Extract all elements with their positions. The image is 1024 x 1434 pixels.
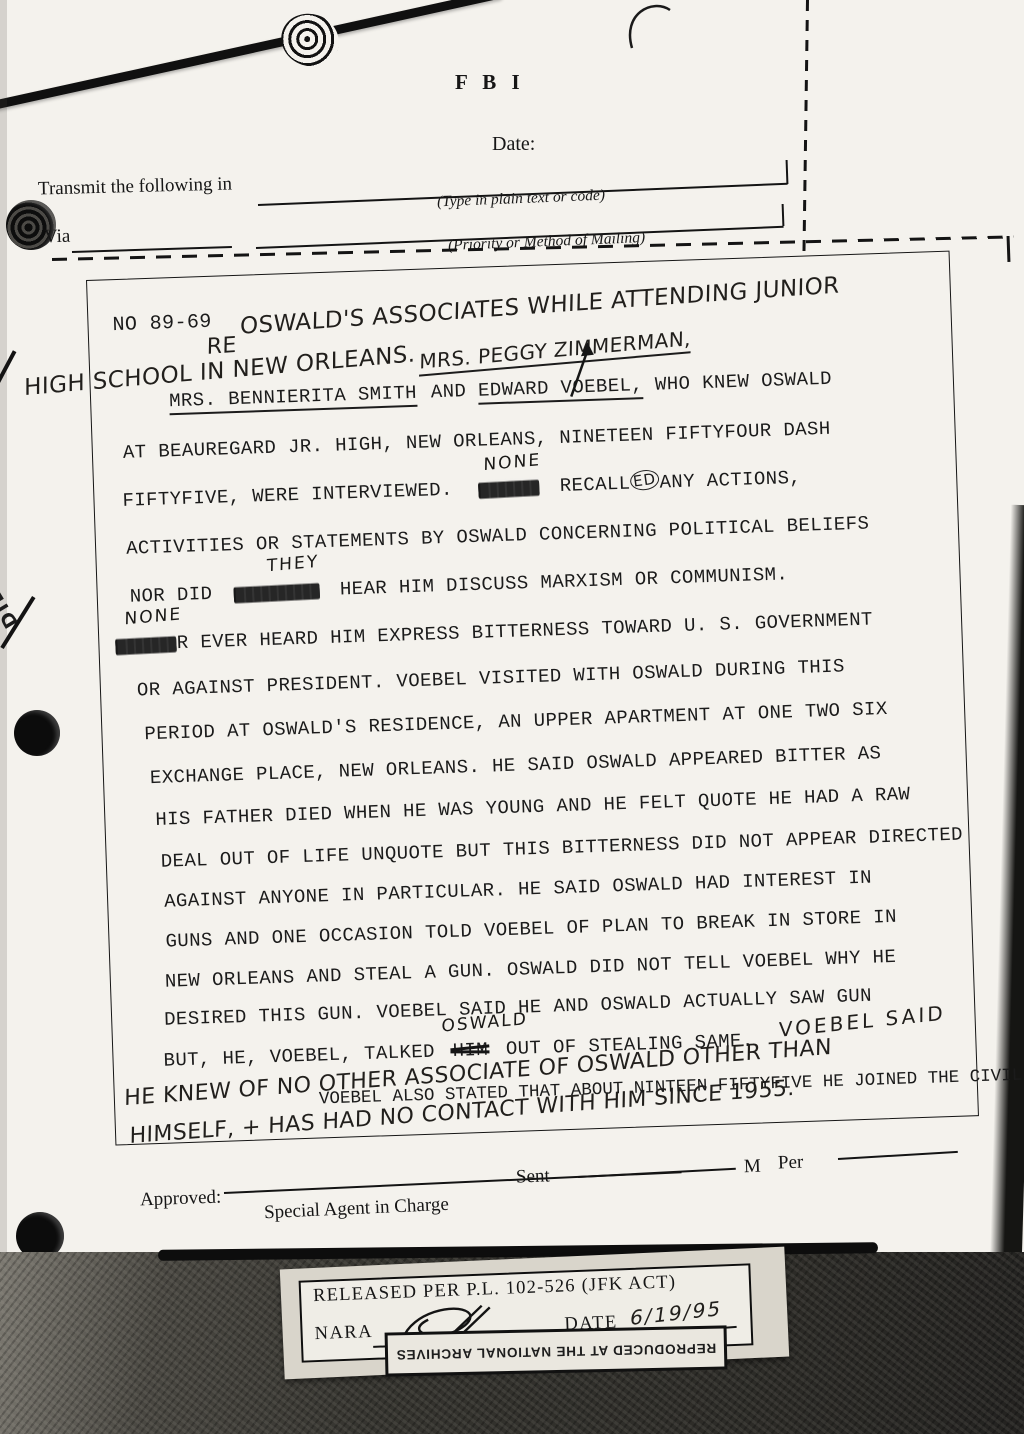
form-agency-title: F B I xyxy=(455,70,525,95)
handwritten-title-line1: OSWALD'S ASSOCIATES WHILE ATTENDING JUNI… xyxy=(240,272,840,339)
case-number: NO 89-69 xyxy=(112,311,212,337)
per-rule xyxy=(838,1151,958,1160)
line-guns: GUNS AND ONE OCCASION TOLD VOEBEL OF PLA… xyxy=(165,906,897,953)
line-president: OR AGAINST PRESIDENT. VOEBEL VISITED WIT… xyxy=(137,655,845,701)
line-everheard: NONE ███████ R EVER HEARD HIM EXPRESS BI… xyxy=(115,608,873,656)
him-strike-annotation: OSWALD HIM xyxy=(452,1039,488,1062)
via-rule-tick xyxy=(782,204,785,226)
blacked-out-word-2: ██████████ xyxy=(234,583,321,602)
line-activities: ACTIVITIES OR STATEMENTS BY OSWALD CONCE… xyxy=(126,512,870,559)
insert-arrow-icon xyxy=(565,342,597,399)
nordid-pre: NOR DID xyxy=(129,583,212,608)
form-priority-hint: (Priority or Method of Mailing) xyxy=(448,229,646,255)
blackout-annotation-3: NONE ███████ xyxy=(115,632,177,656)
and-joiner: AND xyxy=(430,380,466,403)
line-father: HIS FATHER DIED WHEN HE WAS YOUNG AND HE… xyxy=(155,783,911,831)
transmit-rule-tick xyxy=(786,160,789,184)
blacked-word-tail: R xyxy=(176,632,189,654)
form-type-hint: (Type in plain text or code) xyxy=(437,187,606,212)
line-beauregard: AT BEAUREGARD JR. HIGH, NEW ORLEANS, NIN… xyxy=(123,418,831,464)
line-interviewed: FIFTYFIVE, WERE INTERVIEWED. NONE ██████… xyxy=(122,467,801,512)
everheard-text: EVER HEARD HIM EXPRESS BITTERNESS TOWARD… xyxy=(200,608,873,653)
line-exchange: EXCHANGE PLACE, NEW ORLEANS. HE SAID OSW… xyxy=(150,742,882,789)
voebel-name-underlined: EDWARD VOEBEL, xyxy=(478,374,644,405)
handwritten-none-2: NONE xyxy=(124,604,182,629)
blackout-annotation-1: NONE ███████ xyxy=(478,476,540,500)
nara-label: NARA xyxy=(314,1322,373,1345)
sent-rule xyxy=(578,1168,736,1178)
approved-label: Approved: xyxy=(140,1187,222,1212)
agent-in-charge-title: Special Agent in Charge xyxy=(264,1194,450,1224)
sent-label: Sent xyxy=(516,1165,551,1188)
handwritten-they: THEY xyxy=(267,552,320,577)
line-nordid: NOR DID THEY ██████████ HEAR HIM DISCUSS… xyxy=(129,563,788,607)
line-period: PERIOD AT OSWALD'S RESIDENCE, AN UPPER A… xyxy=(144,698,888,745)
form-date-label: Date: xyxy=(492,133,535,156)
recall-typed: RECALL xyxy=(559,473,631,497)
form-via-label: Via xyxy=(44,226,71,249)
handwritten-none-1: NONE xyxy=(483,450,541,475)
smith-name-underlined: MRS. BENNIERITA SMITH xyxy=(169,382,418,415)
ink-swirl-smudge-artifact xyxy=(274,6,345,73)
dashed-divider-right-tick xyxy=(1007,236,1010,262)
reproduced-stamp-text: REPRODUCED AT THE NATIONAL ARCHIVES xyxy=(396,1340,717,1362)
dashed-vertical-divider xyxy=(802,0,808,252)
per-label: Per xyxy=(778,1152,804,1175)
scan-diagonal-line-artifact xyxy=(0,0,503,115)
recall-post: ANY ACTIONS, xyxy=(659,467,801,494)
blacked-out-word-3: ███████ xyxy=(115,637,177,655)
who-knew-text: WHO KNEW OSWALD xyxy=(655,368,833,396)
pen-curve-mark-artifact xyxy=(618,0,688,50)
stamp-date-value: 6/19/95 xyxy=(628,1296,724,1330)
line-deal: DEAL OUT OF LIFE UNQUOTE BUT THIS BITTER… xyxy=(160,823,963,872)
line-against: AGAINST ANYONE IN PARTICULAR. HE SAID OS… xyxy=(164,867,872,913)
handwritten-ed-correction: ED xyxy=(629,468,661,492)
reproduced-stamp-strip: REPRODUCED AT THE NATIONAL ARCHIVES xyxy=(388,1328,725,1373)
message-text-box: NO 89-69 RE OSWALD'S ASSOCIATES WHILE AT… xyxy=(86,251,979,1146)
struck-him-word: HIM xyxy=(452,1039,488,1062)
handwritten-re-label: RE xyxy=(206,333,236,360)
blackout-annotation-2: THEY ██████████ xyxy=(234,579,321,604)
form-transmit-label: Transmit the following in xyxy=(38,173,233,200)
via-rule-left xyxy=(72,246,232,253)
page-left-edge-shade xyxy=(0,0,7,1434)
nordid-post: HEAR HIM DISCUSS MARXISM OR COMMUNISM. xyxy=(340,563,789,600)
scan-right-edge-strip xyxy=(989,505,1024,1286)
sent-m-label: M xyxy=(744,1156,762,1179)
hole-punch-middle xyxy=(14,710,60,756)
interviewed-pre: FIFTYFIVE, WERE INTERVIEWED. xyxy=(122,479,453,512)
handwritten-zimmerman-name: MRS. PEGGY ZIMMERMAN, xyxy=(419,326,691,376)
scanned-fbi-airtel-document: DIED- F B I Date: Transmit the following… xyxy=(0,0,1024,1434)
line-steal: NEW ORLEANS AND STEAL A GUN. OSWALD DID … xyxy=(165,946,897,993)
blacked-out-word-1: ███████ xyxy=(478,480,540,498)
